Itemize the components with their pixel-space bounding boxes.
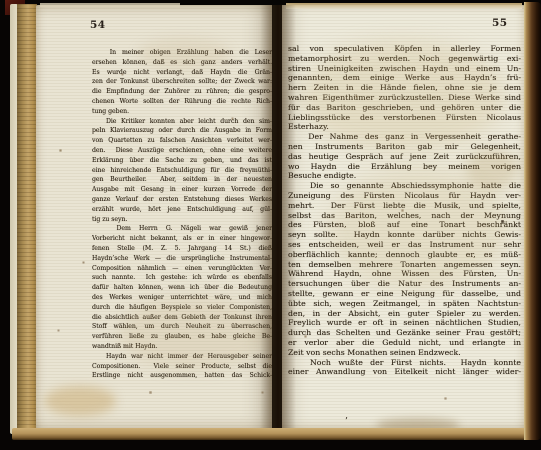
text-line: wandtniß mit Haydn. bbox=[92, 342, 272, 352]
text-line: mehrt. Der Fürst liebte die Musik, und s… bbox=[288, 201, 521, 211]
text-line: such nannte. Ich gestehe: ich würde es e… bbox=[92, 273, 272, 283]
text-line: Die so genannte Abschiedssymphonie hatte… bbox=[288, 181, 521, 191]
text-line: Ausgabe mit Gesang in einer kurzen Vorre… bbox=[92, 185, 272, 195]
text-line: die absichtlich außer dem Gebieth der To… bbox=[92, 313, 272, 323]
text-line: Stoff wählen, um durch Neuheit zu überra… bbox=[92, 322, 272, 332]
text-line: des Werkes weniger unterrichtet wäre, un… bbox=[92, 293, 272, 303]
text-line: In meiner obigen Erzählung haben die Les… bbox=[92, 48, 272, 58]
text-line: ses entscheiden, weil er das Instrument … bbox=[288, 240, 521, 250]
text-line: Zuneigung des Fürsten Nicolaus für Haydn… bbox=[288, 191, 521, 201]
top-page-edge-highlight bbox=[286, 3, 522, 9]
paragraph: sal von speculativen Köpfen in allerley … bbox=[288, 44, 521, 132]
text-line: Lieblingsstücke des verstorbenen Fürsten… bbox=[288, 113, 521, 123]
text-line: Haydn’sche Werk — die ursprüngliche Inst… bbox=[92, 254, 272, 264]
paragraph: Dem Herrn G. Nägeli war gewiß jenerVorbe… bbox=[92, 224, 272, 351]
text-line: nen Instruments Bariton gab mir Gelegenh… bbox=[288, 142, 521, 152]
text-line: den, in der Absicht, ein guter Spieler z… bbox=[288, 309, 521, 319]
foxing-specks bbox=[0, 0, 1, 1]
text-line: Haydn war nicht immer der Herausgeber se… bbox=[92, 352, 272, 362]
page-number-right: 55 bbox=[492, 17, 508, 29]
text-line: Die Kritiker konnten aber leicht durch d… bbox=[92, 117, 272, 127]
text-line: oberflächlich kannte; dennoch glaubte er… bbox=[288, 250, 521, 260]
text-line: ganze Verlauf der ersten Entstehung dies… bbox=[92, 195, 272, 205]
text-line: für das Bariton geschrieben, und gehören… bbox=[288, 103, 521, 113]
text-line: Freylich wurde er oft in seinen nächtlic… bbox=[288, 318, 521, 328]
text-line: erzählt wurde, hört jene Entschuldigung … bbox=[92, 205, 272, 215]
bottom-page-edges bbox=[12, 428, 532, 440]
text-line: den. Diese Auszüge erschienen, ohne eine… bbox=[92, 146, 272, 156]
text-line: Während Haydn, ohne Wissen des Fürsten, … bbox=[288, 269, 521, 279]
text-line: Besuche endigte. bbox=[288, 171, 521, 181]
right-page: 55 sal von speculativen Köpfen in allerl… bbox=[282, 5, 526, 429]
text-line: wahren Eigenthümer zurückzustellen. Dies… bbox=[288, 93, 521, 103]
text-line: übte sich, wegen Zeitmangel, in späten N… bbox=[288, 299, 521, 309]
text-line: ersehen können, daß es sich ganz anders … bbox=[92, 58, 272, 68]
text-line: Der Nahme des ganz in Vergessenheit gera… bbox=[288, 132, 521, 142]
text-line: Dem Herrn G. Nägeli war gewiß jener bbox=[92, 224, 272, 234]
text-line: Esterhazy. bbox=[288, 122, 521, 132]
text-line: eine hinreichende Entschuldigung für die… bbox=[92, 166, 272, 176]
signature-mark: ’ bbox=[345, 417, 348, 427]
text-line: Compositionen. Viele seiner Producte, se… bbox=[92, 362, 272, 372]
right-page-text: sal von speculativen Köpfen in allerley … bbox=[288, 44, 521, 377]
left-page-text: In meiner obigen Erzählung haben die Les… bbox=[92, 48, 272, 381]
text-line: selbst das Bariton, welches, nach der Me… bbox=[288, 211, 521, 221]
text-line: verführen ließe zu glauben, es habe glei… bbox=[92, 332, 272, 342]
text-line: tung geben. bbox=[92, 107, 272, 117]
top-page-edge-highlight-left bbox=[40, 3, 180, 7]
text-line: Composition nähmlich — einen verunglückt… bbox=[92, 264, 272, 274]
text-line: stiren Uneinigkeiten zwischen Haydn und … bbox=[288, 64, 521, 74]
paragraph: Der Nahme des ganz in Vergessenheit gera… bbox=[288, 132, 521, 181]
paragraph: Die so genannte Abschiedssymphonie hatte… bbox=[288, 181, 521, 357]
book-scan: 54 In meiner obigen Erzählung haben die … bbox=[0, 0, 541, 450]
page-number-left: 54 bbox=[90, 19, 106, 31]
text-line: genannten, dem einige Werke aus Haydn’s … bbox=[288, 73, 521, 83]
text-line: chenen Worte sollten der Rührung die rec… bbox=[92, 97, 272, 107]
text-line: zen der Tonkunst überschreiten sollte; d… bbox=[92, 77, 272, 87]
text-line: hern Zeiten in die Hände fielen, ohne si… bbox=[288, 83, 521, 93]
text-line: gen Beurtheiler. Aber, seitdem in der ne… bbox=[92, 175, 272, 185]
text-line: ten demselben mehrere Tonarten angemesse… bbox=[288, 260, 521, 270]
text-line: sal von speculativen Köpfen in allerley … bbox=[288, 44, 521, 54]
text-line: dafür halten können, wenn ich über die B… bbox=[92, 283, 272, 293]
text-line: durch die häufigen Beyspiele so vieler C… bbox=[92, 303, 272, 313]
text-line: er verlor aber die Geduld nicht, und erl… bbox=[288, 338, 521, 348]
text-line: des Fürsten, bloß auf eine Tonart beschr… bbox=[288, 220, 521, 230]
text-line: Erstlinge nicht ausgenommen, hatten das … bbox=[92, 371, 272, 381]
paragraph: Die Kritiker konnten aber leicht durch d… bbox=[92, 117, 272, 225]
paragraph: Haydn war nicht immer der Herausgeber se… bbox=[92, 352, 272, 381]
text-line: tig zu seyn. bbox=[92, 215, 272, 225]
text-line: peln Klavierauszug oder durch die Ausgab… bbox=[92, 126, 272, 136]
text-line: die Empfindung der Zuhörer zu rühren; di… bbox=[92, 87, 272, 97]
text-line: stellte, gewann er eine Neigung für dass… bbox=[288, 289, 521, 299]
text-line: von Quartetten zu falschen Ansichten ver… bbox=[92, 136, 272, 146]
paragraph: Noch wußte der Fürst nichts. Haydn konnt… bbox=[288, 358, 521, 378]
text-line: metamorphosirt zu werden. Noch gegenwärt… bbox=[288, 54, 521, 64]
text-line: Es wurde nicht verlangt, daß Haydn die G… bbox=[92, 68, 272, 78]
left-page: 54 In meiner obigen Erzählung haben die … bbox=[36, 5, 272, 429]
text-line: tersuchungen über die Natur des Instrume… bbox=[288, 279, 521, 289]
text-line: Vorbericht nicht bekannt, als er in eine… bbox=[92, 234, 272, 244]
right-cover-edge bbox=[524, 2, 541, 440]
text-line: durch das Schelten und Gezänke seiner Fr… bbox=[288, 328, 521, 338]
text-line: fenen Stelle (M. Z. 5. Jahrgang 14 St.) … bbox=[92, 244, 272, 254]
text-line: Zeit von sechs Monathen seinen Endzweck. bbox=[288, 348, 521, 358]
text-line: wo Haydn die Erzählung bey meinem vorige… bbox=[288, 162, 521, 172]
text-line: Erklärung über die Sache zu geben, und d… bbox=[92, 156, 272, 166]
text-line: Noch wußte der Fürst nichts. Haydn konnt… bbox=[288, 358, 521, 368]
left-page-edges bbox=[17, 4, 37, 435]
text-line: einer Anwandlung von Eitelkeit nicht län… bbox=[288, 367, 521, 377]
paragraph: In meiner obigen Erzählung haben die Les… bbox=[92, 48, 272, 117]
text-line: das heutige Gespräch auf jene Zeit zurüc… bbox=[288, 152, 521, 162]
text-line: seyn sollte. Haydn konnte darüber nichts… bbox=[288, 230, 521, 240]
